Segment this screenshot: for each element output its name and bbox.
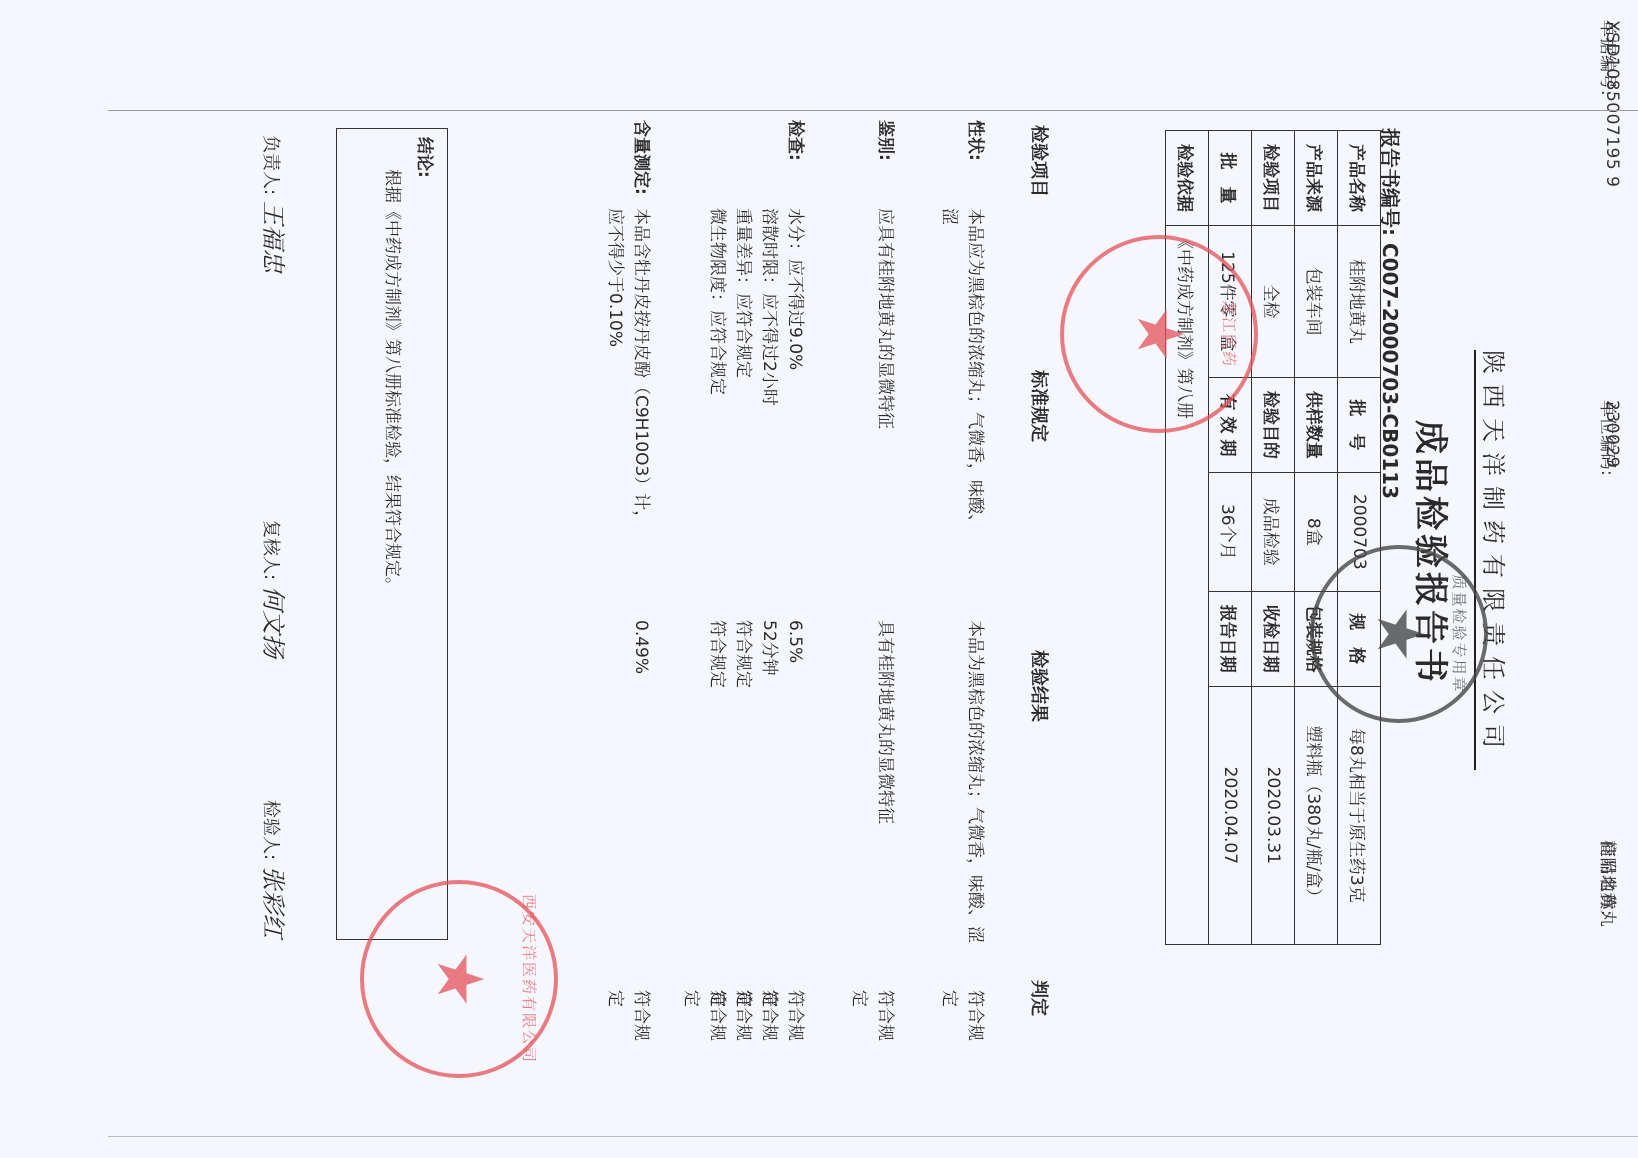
qa-stamp: 质量检验专用章★ xyxy=(1310,545,1488,723)
info-value: 36个月 xyxy=(1209,472,1252,591)
conclusion-text: 根据《中药成方制剂》第八册标准检验，结果符合规定。 xyxy=(382,169,407,594)
item-result: 符合规定 xyxy=(704,620,730,950)
item-standard: 微生物限度：应符合规定 xyxy=(704,208,730,538)
item-standard: 本品应为黑棕色的浓缩丸；气微香，味酸、涩 xyxy=(936,208,988,538)
company-name: 陕西天洋制药有限责任公司 xyxy=(1474,350,1513,770)
conclusion-title: 结论: xyxy=(414,137,439,178)
inspector-signature: 检验人: 张彩红 xyxy=(258,800,293,938)
info-label: 报告日期 xyxy=(1209,591,1252,686)
red-stamp-1: 龙江医药★ xyxy=(1060,235,1258,433)
info-label: 批 量 xyxy=(1209,131,1252,226)
info-value: 每8丸相当于原生药3克 xyxy=(1338,686,1381,944)
item-result: 符合规定 xyxy=(730,620,756,950)
item-result: 本品为黑棕色的浓缩丸；气微香，味酸、涩 xyxy=(962,620,988,950)
column-header-judgement: 判定 xyxy=(1027,980,1053,1016)
info-value: 成品检验 xyxy=(1252,472,1295,591)
info-label: 收检日期 xyxy=(1252,591,1295,686)
rotated-document-page: 单据编号: XSD1085007195 9 单位编码: 230029 商品名称:… xyxy=(0,0,1638,1158)
item-judgement: 符合规定 xyxy=(846,990,898,1050)
column-header-standard: 标准规定 xyxy=(1027,370,1053,442)
item-standard: 水分：应不得过9.0% xyxy=(782,208,808,538)
info-label: 检验目的 xyxy=(1252,377,1295,472)
item-result: 具有桂附地黄丸的显微特征 xyxy=(872,620,898,950)
responsible-signature: 负责人: 王福忠 xyxy=(258,135,293,273)
item-standard: 应具有桂附地黄丸的显微特征 xyxy=(872,208,898,538)
item-judgement: 符合规定 xyxy=(602,990,654,1050)
column-header-result: 检验结果 xyxy=(1027,650,1053,722)
red-stamp-2: 西安天洋医药有限公司★ xyxy=(360,880,558,1078)
reviewer-signature: 复核人: 何文扬 xyxy=(258,520,293,658)
info-value: 塑料瓶（380丸/瓶/盒） xyxy=(1295,686,1338,944)
info-value: 桂附地黄丸 xyxy=(1338,226,1381,378)
item-result: 0.49% xyxy=(628,620,654,950)
info-label: 产品来源 xyxy=(1295,131,1338,226)
item-label: 鉴别: xyxy=(872,120,898,161)
info-row: 产品来源包装车间供样数量8盒包装规格塑料瓶（380丸/瓶/盒） xyxy=(1295,131,1338,945)
info-row: 检验项目全检检验目的成品检验收检日期2020.03.31 xyxy=(1252,131,1295,945)
info-value: 包装车间 xyxy=(1295,226,1338,378)
info-value: 8盒 xyxy=(1295,472,1338,591)
info-label: 产品名称 xyxy=(1338,131,1381,226)
info-value: 全检 xyxy=(1252,226,1295,378)
info-label: 批 号 xyxy=(1338,377,1381,472)
info-value: 2020.04.07 xyxy=(1209,686,1252,944)
item-standard: 重量差异：应符合规定 xyxy=(730,208,756,538)
conclusion-box: 结论: 根据《中药成方制剂》第八册标准检验，结果符合规定。 xyxy=(336,128,448,940)
item-result: 52分钟 xyxy=(756,620,782,950)
report-number: 报告书编号: C007-2000703-CB0113 xyxy=(1377,128,1406,499)
item-label: 性状: xyxy=(962,120,988,161)
info-row: 产品名称桂附地黄丸批 号2000703规 格每8丸相当于原生药3克 xyxy=(1338,131,1381,945)
info-value: 2020.03.31 xyxy=(1252,686,1295,944)
info-label: 检验依据 xyxy=(1166,131,1209,226)
item-standard: 溶散时限：应不得过2小时 xyxy=(756,208,782,538)
item-label: 检查: xyxy=(782,120,808,161)
item-label: 含量测定: xyxy=(628,120,654,195)
item-judgement: 符合规定 xyxy=(678,990,730,1050)
item-standard: 本品含牡丹皮按丹皮酚（C9H10O3）计，应不得少于0.10% xyxy=(602,208,654,538)
info-label: 检验项目 xyxy=(1252,131,1295,226)
info-label: 供样数量 xyxy=(1295,377,1338,472)
item-judgement: 符合规定 xyxy=(936,990,988,1050)
column-header-item: 检验项目 xyxy=(1027,125,1053,197)
item-result: 6.5% xyxy=(782,620,808,950)
